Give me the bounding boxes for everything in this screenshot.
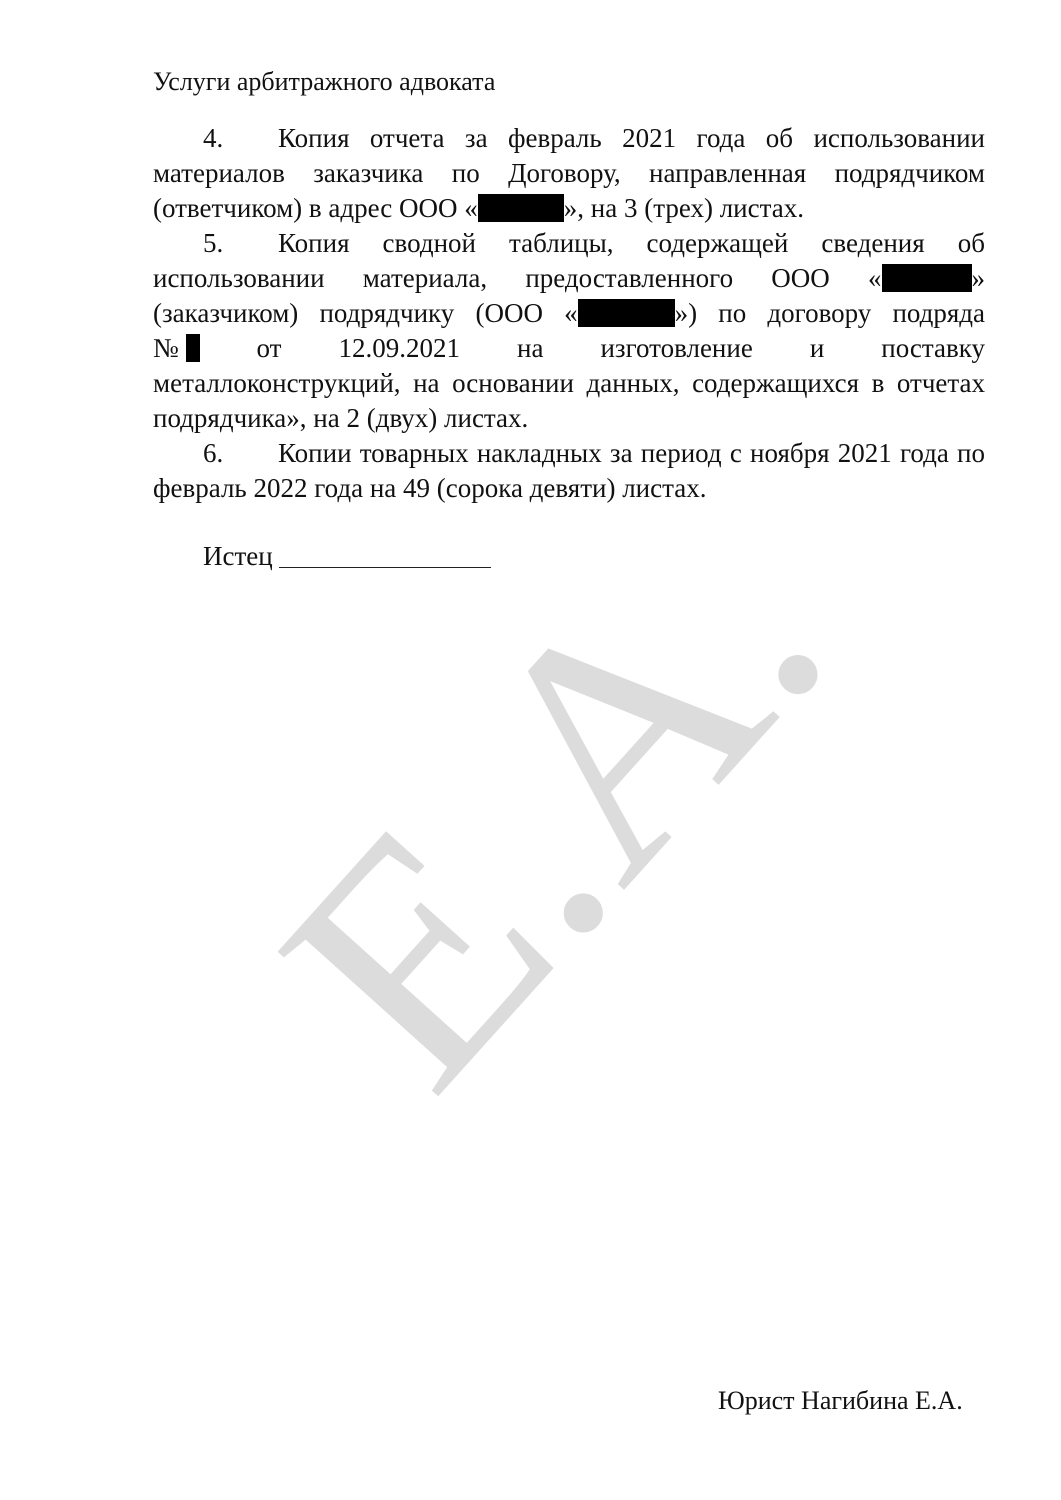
list-item-4: 4.Копия отчета за февраль 2021 года об и… xyxy=(153,121,985,226)
document-page: E.A. Услуги арбитражного адвоката 4.Копи… xyxy=(0,0,1061,1500)
redaction-block xyxy=(882,264,972,292)
plaintiff-signature: Истец xyxy=(203,539,491,574)
document-header: Услуги арбитражного адвоката xyxy=(153,66,495,98)
attachments-list: 4.Копия отчета за февраль 2021 года об и… xyxy=(153,121,985,506)
item-number: 4. xyxy=(153,121,278,156)
item-number: 5. xyxy=(153,226,278,261)
redaction-block xyxy=(186,334,200,362)
footer-author: Юрист Нагибина Е.А. xyxy=(718,1385,963,1417)
signature-line xyxy=(279,541,491,568)
redaction-block xyxy=(578,299,675,327)
list-item-5: 5.Копия сводной таблицы, содержащей свед… xyxy=(153,226,985,436)
redaction-block xyxy=(478,194,564,222)
item-number: 6. xyxy=(153,436,278,471)
contract-line: № от 12.09.2021 на изготовление и постав… xyxy=(153,331,985,366)
list-item-6: 6.Копии товарных накладных за период с н… xyxy=(153,436,985,506)
